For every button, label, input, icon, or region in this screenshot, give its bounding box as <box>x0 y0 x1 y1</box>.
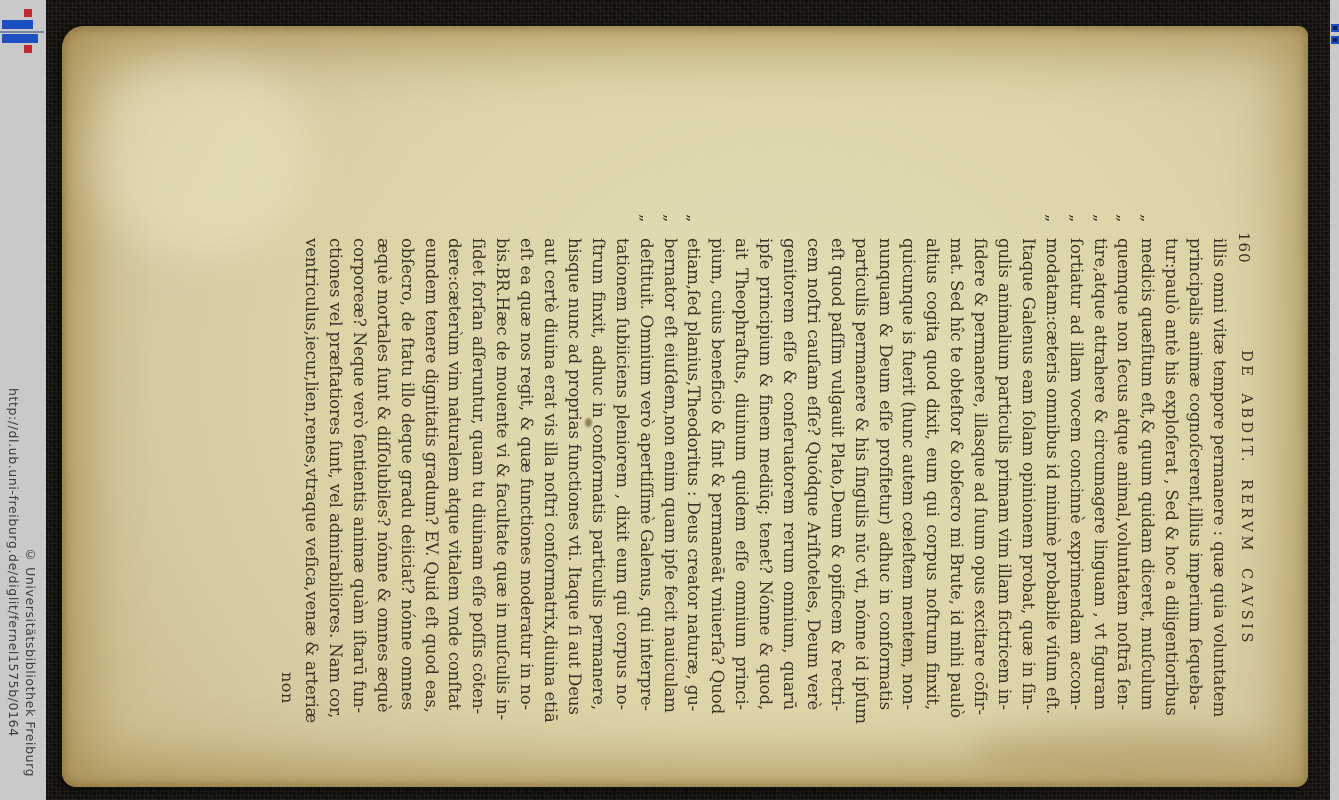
text-line: illis omni vitæ tempore permanere : quæ … <box>1207 238 1231 710</box>
text-line: particulis permanere & his ſingulis nūc … <box>849 238 873 710</box>
scan-source-url: http://dl.ub.uni-freiburg.de/diglit/fern… <box>6 388 21 737</box>
text-line-content: genitorem eſſe & conſeruatorem rerum omn… <box>777 238 801 710</box>
scanner-bed-background: { "frame": { "scan_url_text": "http://dl… <box>0 0 1339 800</box>
text-line-content: eundem tenere dignitatis gradum? EV. Qui… <box>419 238 443 710</box>
text-line-content: bernator eſt eiuſdem,non enim quam ipſe … <box>658 238 682 710</box>
page-number: 160 <box>1235 232 1253 264</box>
registration-blue-bar-icon <box>2 20 33 29</box>
text-line-content: bis.BR.Hæc de mouente vi & facultate quæ… <box>490 238 514 710</box>
text-line-content: nunquam & Deum eſſe profitetur) adhuc in… <box>873 238 897 710</box>
text-line-content: Itaque Galenus eam ſolam opinionem proba… <box>1016 238 1040 710</box>
catchword: non <box>278 672 297 704</box>
text-line: genitorem eſſe & conſeruatorem rerum omn… <box>777 238 801 710</box>
text-line-content: tationem ſubiiciens pleniorem , dixit eu… <box>610 238 634 710</box>
text-line-content: æquè mortales ſunt & diſſolubiles? nónne… <box>371 238 395 710</box>
text-line-content: modatam:cæteris omnibus id minimè probab… <box>1040 238 1064 710</box>
margin-quote-mark: „ <box>1135 214 1159 222</box>
text-line: nunquam & Deum eſſe profitetur) adhuc in… <box>873 238 897 710</box>
text-line: „quemque non ſecus atque animal,voluntat… <box>1112 238 1136 710</box>
paper-edge-toning <box>968 726 1268 776</box>
text-line-content: mat. Sed hîc te obteſtor & obſecro mi Br… <box>944 238 968 710</box>
text-line: gulis animalium particulis primam vim il… <box>992 238 1016 710</box>
margin-quote-mark: „ <box>658 214 682 222</box>
text-line-content: altius cogita quod dixit, eum qui corpus… <box>920 238 944 710</box>
text-line-content: quicunque is fuerit (hunc autem cœleſtem… <box>897 238 921 710</box>
text-line: pium, cuius beneficio & ſint & permaneāt… <box>705 238 729 710</box>
text-line-content: ſortiatur ad illam vocem concinnè exprim… <box>1064 238 1088 710</box>
margin-quote-mark: „ <box>634 214 658 222</box>
text-line-content: ctiones vel præſtatiores ſunt, vel admir… <box>323 238 347 710</box>
registration-red-mark-icon <box>24 9 32 17</box>
text-line-content: obſecro, de ſtatu illo deque gradu deiic… <box>395 238 419 710</box>
text-line: cem noſtri cauſam eſſe? Quódque Ariſtote… <box>801 238 825 710</box>
calibration-strip-right <box>1330 0 1339 800</box>
text-line-content: ait Theophraſtus, diuinum quidem eſſe om… <box>729 238 753 710</box>
text-line-content: dere:cæterùm vim naturalem atque vitalem… <box>443 238 467 710</box>
text-line: tur:paulò antè his exploſerat , Sed & ho… <box>1159 238 1183 710</box>
text-line-content: tur:paulò antè his exploſerat , Sed & ho… <box>1159 238 1183 710</box>
text-line-content: etiam,ſed planius,Theodoritus : Deus cre… <box>682 238 706 710</box>
text-line-content: eſt quod paſſim vulgauit Plato,Deum & op… <box>825 238 849 710</box>
registration-line-icon <box>0 31 44 33</box>
text-line: „medicis quæſitum eſt,& quum quidam dice… <box>1135 238 1159 710</box>
text-line: ctiones vel præſtatiores ſunt, vel admir… <box>323 238 347 710</box>
text-line-content: tire,atque attrahere & circumagere lingu… <box>1088 238 1112 710</box>
text-line: ſidet forſan aſſeruntur, quam tu diuinam… <box>467 238 491 710</box>
text-line: altius cogita quod dixit, eum qui corpus… <box>920 238 944 710</box>
text-line-content: corporeæ? Neque verò ſentientis animæ qu… <box>347 238 371 710</box>
text-line: ait Theophraſtus, diuinum quidem eſſe om… <box>729 238 753 710</box>
text-line-content: particulis permanere & his ſingulis nūc … <box>849 238 873 710</box>
text-line: hisque nunc ad proprias functiones vti. … <box>562 238 586 710</box>
text-line: corporeæ? Neque verò ſentientis animæ qu… <box>347 238 371 710</box>
text-line: tationem ſubiiciens pleniorem , dixit eu… <box>610 238 634 710</box>
margin-quote-mark: „ <box>1088 214 1112 222</box>
text-line: ſtrum finxit, adhuc in conformatis parti… <box>586 238 610 710</box>
text-line-content: cem noſtri cauſam eſſe? Quódque Ariſtote… <box>801 238 825 710</box>
text-line-content: eſt ea quæ nos regit, & quæ functiones m… <box>514 238 538 710</box>
text-line: dere:cæterùm vim naturalem atque vitalem… <box>443 238 467 710</box>
text-line-content: ventriculus,iecur,lien,renes,vtraque veſ… <box>299 238 323 710</box>
registration-blue-mark-icon <box>1331 36 1339 44</box>
margin-quote-mark: „ <box>1112 214 1136 222</box>
text-line-content: ipſe principium & finem mediūq; tenet? N… <box>753 238 777 710</box>
text-line-content: quemque non ſecus atque animal,voluntate… <box>1112 238 1136 710</box>
text-line: quicunque is fuerit (hunc autem cœleſtem… <box>897 238 921 710</box>
book-page-scan: 160 DE ABDIT. RERVM CAVSIS illis omni vi… <box>62 26 1308 787</box>
text-line: „modatam:cæteris omnibus id minimè proba… <box>1040 238 1064 710</box>
margin-quote-mark: „ <box>1040 214 1064 222</box>
text-line: æquè mortales ſunt & diſſolubiles? nónne… <box>371 238 395 710</box>
margin-quote-mark: „ <box>1064 214 1088 222</box>
text-line-content: ſtrum finxit, adhuc in conformatis parti… <box>586 238 610 710</box>
text-line-content: aut certè diuina erat vis illa noſtri co… <box>538 238 562 710</box>
registration-red-mark-icon <box>24 45 32 53</box>
text-line: eſt ea quæ nos regit, & quæ functiones m… <box>514 238 538 710</box>
calibration-strip-left: http://dl.ub.uni-freiburg.de/diglit/fern… <box>0 0 46 800</box>
text-line-content: medicis quæſitum eſt,& quum quidam dicer… <box>1135 238 1159 710</box>
registration-blue-bar-icon <box>2 34 38 43</box>
text-line-content: ſidere & permanere, illasque ad ſuum opu… <box>968 238 992 710</box>
text-line-content: hisque nunc ad proprias functiones vti. … <box>562 238 586 710</box>
text-line: „deſtituit. Omnium verò apertiſſimè Gale… <box>634 238 658 710</box>
text-line-content: pium, cuius beneficio & ſint & permaneāt… <box>705 238 729 710</box>
running-header: 160 DE ABDIT. RERVM CAVSIS <box>1232 238 1254 710</box>
text-line: aut certè diuina erat vis illa noſtri co… <box>538 238 562 710</box>
text-line: „ſortiatur ad illam vocem concinnè expri… <box>1064 238 1088 710</box>
text-line: bis.BR.Hæc de mouente vi & facultate quæ… <box>490 238 514 710</box>
text-line: eſt quod paſſim vulgauit Plato,Deum & op… <box>825 238 849 710</box>
text-line: ipſe principium & finem mediūq; tenet? N… <box>753 238 777 710</box>
text-line: Itaque Galenus eam ſolam opinionem proba… <box>1016 238 1040 710</box>
text-line: principalis animæ cognoſcerent,illius im… <box>1183 238 1207 710</box>
text-line: obſecro, de ſtatu illo deque gradu deiic… <box>395 238 419 710</box>
paper-light-patch <box>88 56 308 256</box>
text-line-content: illis omni vitæ tempore permanere : quæ … <box>1207 238 1231 710</box>
text-line: ſidere & permanere, illasque ad ſuum opu… <box>968 238 992 710</box>
text-line: eundem tenere dignitatis gradum? EV. Qui… <box>419 238 443 710</box>
copyright-notice: © Universitätsbibliothek Freiburg <box>23 547 38 777</box>
text-block: illis omni vitæ tempore permanere : quæ … <box>299 238 1231 710</box>
text-line: „bernator eſt eiuſdem,non enim quam ipſe… <box>658 238 682 710</box>
registration-blue-mark-icon <box>1331 24 1339 32</box>
text-line-content: gulis animalium particulis primam vim il… <box>992 238 1016 710</box>
text-line-content: principalis animæ cognoſcerent,illius im… <box>1183 238 1207 710</box>
running-title: DE ABDIT. RERVM CAVSIS <box>1238 326 1254 670</box>
text-line: mat. Sed hîc te obteſtor & obſecro mi Br… <box>944 238 968 710</box>
text-line: „tire,atque attrahere & circumagere ling… <box>1088 238 1112 710</box>
text-line: „etiam,ſed planius,Theodoritus : Deus cr… <box>682 238 706 710</box>
text-line: ventriculus,iecur,lien,renes,vtraque veſ… <box>299 238 323 710</box>
margin-quote-mark: „ <box>682 214 706 222</box>
text-line-content: deſtituit. Omnium verò apertiſſimè Galen… <box>634 238 658 710</box>
text-line-content: ſidet forſan aſſeruntur, quam tu diuinam… <box>466 238 490 710</box>
